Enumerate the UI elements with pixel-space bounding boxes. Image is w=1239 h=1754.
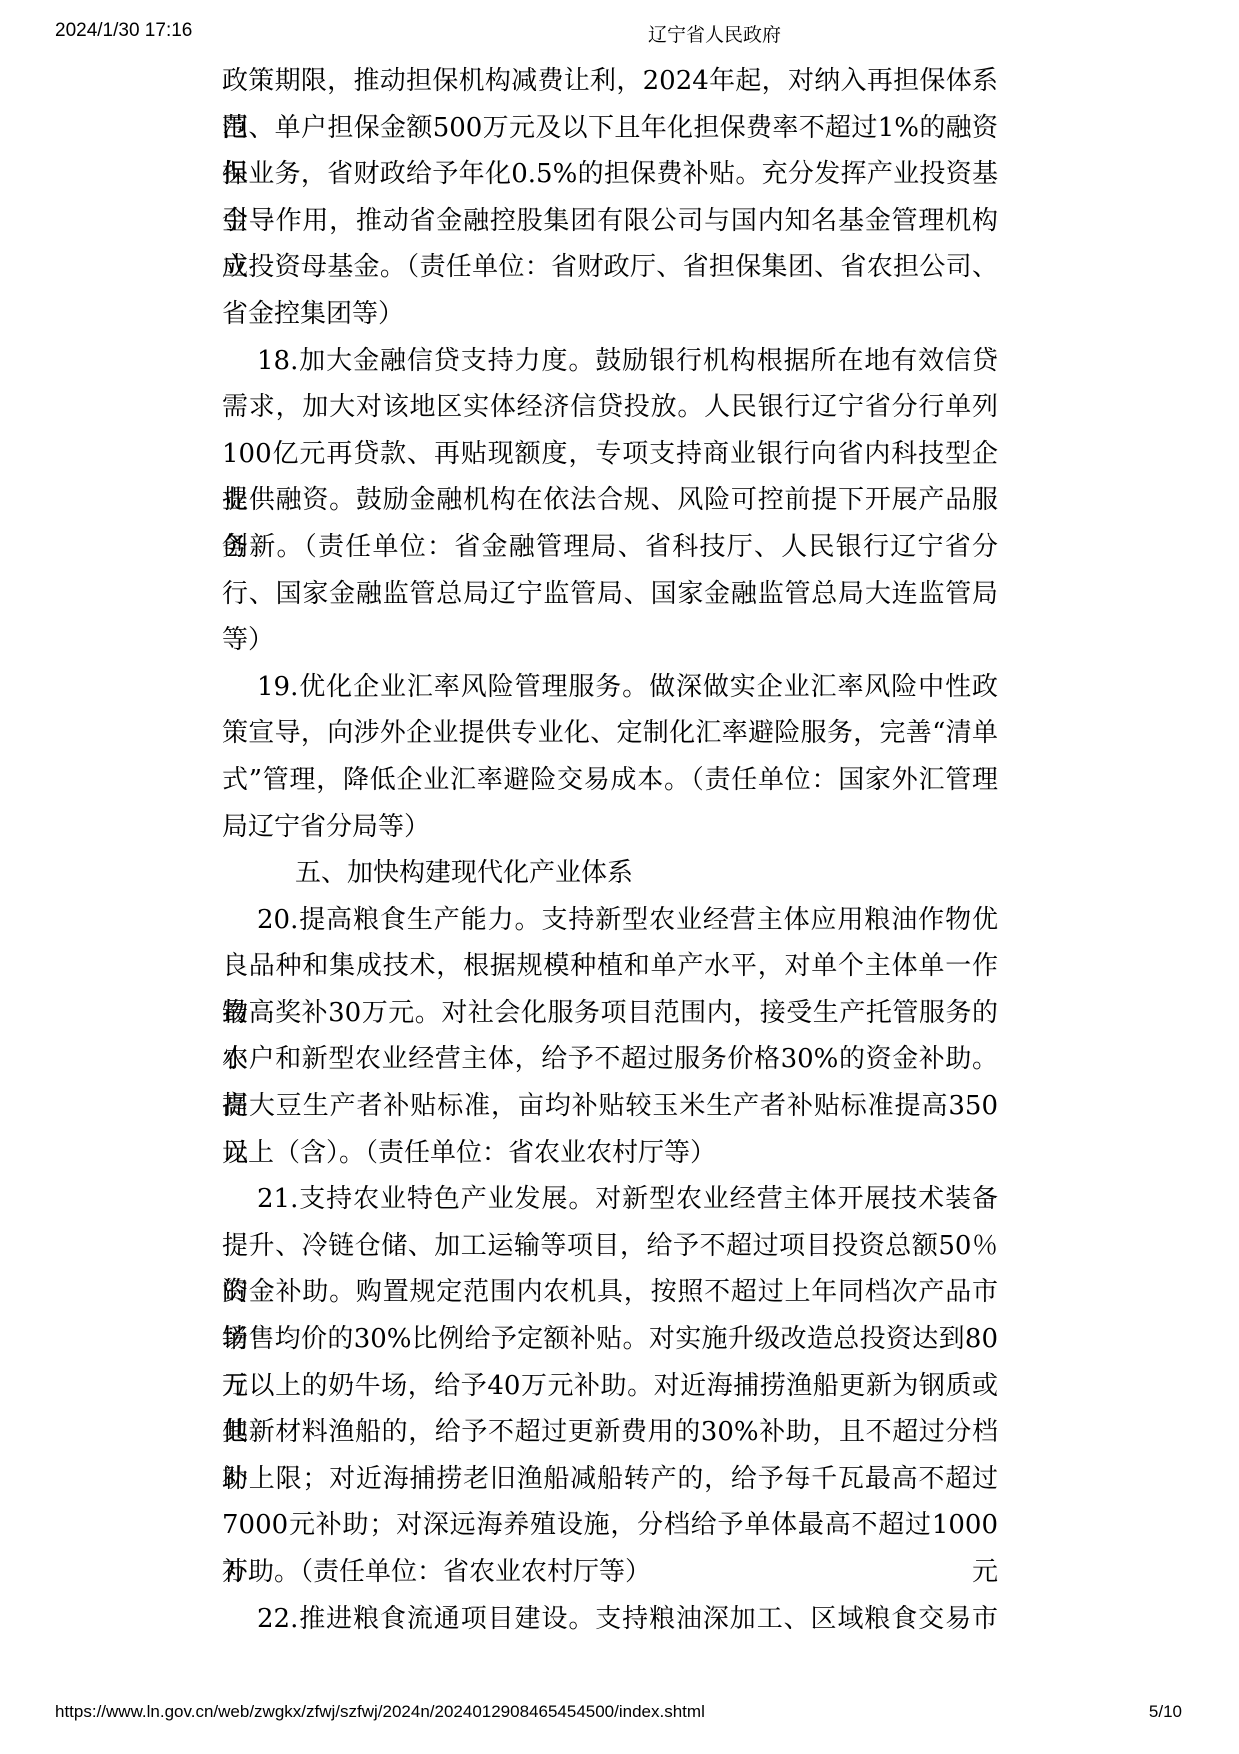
print-header: 2024/1/30 17:16 辽宁省人民政府 xyxy=(0,20,1239,46)
footer-url: https://www.ln.gov.cn/web/zwgkx/zfwj/szf… xyxy=(55,1702,705,1722)
text-line: 省金控集团等） xyxy=(222,291,998,338)
text-line: 助上限；对近海捕捞老旧渔船减船转产的，给予每千瓦最高不超过 xyxy=(222,1456,998,1503)
text-line: 100亿元再贷款、再贴现额度，专项支持商业银行向省内科技型企业 xyxy=(222,431,998,478)
text-line: 提升、冷链仓储、加工运输等项目，给予不超过项目投资总额50％的 xyxy=(222,1223,998,1270)
text-line: 提供融资。鼓励金融机构在依法合规、风险可控前提下开展产品服务 xyxy=(222,477,998,524)
text-line: 他新材料渔船的，给予不超过更新费用的30%补助，且不超过分档补 xyxy=(222,1409,998,1456)
text-line: 资金补助。购置规定范围内农机具，按照不超过上年同档次产品市场 xyxy=(222,1269,998,1316)
text-line: 策宣导，向涉外企业提供专业化、定制化汇率避险服务，完善“清单 xyxy=(222,710,998,757)
text-line: 最高奖补30万元。对社会化服务项目范围内，接受生产托管服务的小 xyxy=(222,990,998,1037)
text-line: 21.支持农业特色产业发展。对新型农业经营主体开展技术装备 xyxy=(222,1176,998,1223)
text-line: 局辽宁省分局等） xyxy=(222,804,998,851)
text-line: 以上（含）。（责任单位：省农业农村厅等） xyxy=(222,1130,998,1177)
text-line: 7000元补助；对深远海养殖设施，分档给予单体最高不超过1000万元 xyxy=(222,1502,998,1549)
text-line: 农户和新型农业经营主体，给予不超过服务价格30%的资金补助。提 xyxy=(222,1036,998,1083)
text-line: 创新。（责任单位：省金融管理局、省科技厅、人民银行辽宁省分 xyxy=(222,524,998,571)
text-line: 政策期限，推动担保机构减费让利，2024年起，对纳入再担保体系范 xyxy=(222,58,998,105)
printed-page: { "page": { "header": { "datetime": "202… xyxy=(0,0,1239,1754)
print-footer: https://www.ln.gov.cn/web/zwgkx/zfwj/szf… xyxy=(0,1702,1239,1726)
text-line: 立投资母基金。（责任单位：省财政厅、省担保集团、省农担公司、 xyxy=(222,244,998,291)
text-line: 保业务，省财政给予年化0.5%的担保费补贴。充分发挥产业投资基金 xyxy=(222,151,998,198)
text-line: 五、加快构建现代化产业体系 xyxy=(222,850,998,897)
text-line: 元以上的奶牛场，给予40万元补助。对近海捕捞渔船更新为钢质或其 xyxy=(222,1363,998,1410)
text-line: 22.推进粮食流通项目建设。支持粮油深加工、区域粮食交易市 xyxy=(222,1596,998,1643)
document-body: 政策期限，推动担保机构减费让利，2024年起，对纳入再担保体系范围、单户担保金额… xyxy=(222,58,998,1642)
print-datetime: 2024/1/30 17:16 xyxy=(55,20,192,42)
text-line: 高大豆生产者补贴标准，亩均补贴较玉米生产者补贴标准提高350元 xyxy=(222,1083,998,1130)
text-line: 良品种和集成技术，根据规模种植和单产水平，对单个主体单一作物 xyxy=(222,943,998,990)
text-line: 销售均价的30%比例给予定额补贴。对实施升级改造总投资达到80万 xyxy=(222,1316,998,1363)
text-line: 围、单户担保金额500万元及以下且年化担保费率不超过1%的融资担 xyxy=(222,105,998,152)
text-line: 19.优化企业汇率风险管理服务。做深做实企业汇率风险中性政 xyxy=(222,664,998,711)
text-line: 需求，加大对该地区实体经济信贷投放。人民银行辽宁省分行单列 xyxy=(222,384,998,431)
text-line: 行、国家金融监管总局辽宁监管局、国家金融监管总局大连监管局 xyxy=(222,571,998,618)
text-line: 等） xyxy=(222,617,998,664)
text-line: 20.提高粮食生产能力。支持新型农业经营主体应用粮油作物优 xyxy=(222,897,998,944)
text-line: 引导作用，推动省金融控股集团有限公司与国内知名基金管理机构成 xyxy=(222,198,998,245)
page-number: 5/10 xyxy=(1149,1702,1182,1722)
text-line: 式”管理，降低企业汇率避险交易成本。（责任单位：国家外汇管理 xyxy=(222,757,998,804)
text-line: 18.加大金融信贷支持力度。鼓励银行机构根据所在地有效信贷 xyxy=(222,338,998,385)
print-title: 辽宁省人民政府 xyxy=(648,20,781,47)
